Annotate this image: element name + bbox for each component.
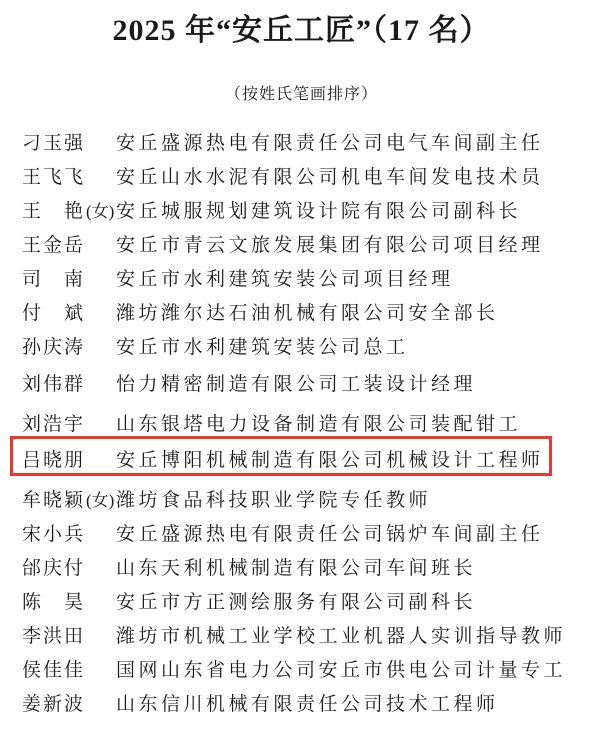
person-position: 安丘市方正测绘服务有限公司副科长 [116, 587, 476, 614]
person-name: 陈 昊 [22, 587, 86, 614]
person-name: 侯佳佳 [22, 655, 86, 682]
person-position: 潍坊市机械工业学校工业机器人实训指导教师 [116, 621, 566, 648]
awardee-list: 刁玉强 安丘盛源热电有限责任公司电气车间副主任 王飞飞 安丘山水水泥有限公司机电… [0, 124, 603, 719]
person-position: 山东银塔电力设备制造有限公司装配钳工 [116, 409, 521, 436]
person-name: 牟晓颖 [22, 485, 86, 512]
person-position: 安丘市青云文旅发展集团有限公司项目经理 [116, 230, 544, 257]
person-name: 邰庆付 [22, 553, 86, 580]
person-position: 安丘市水利建筑安装公司总工 [116, 332, 409, 359]
list-item: 王飞飞 安丘山水水泥有限公司机电车间发电技术员 [0, 158, 603, 192]
person-position: 安丘山水水泥有限公司机电车间发电技术员 [116, 162, 544, 189]
person-position: 安丘盛源热电有限责任公司电气车间副主任 [116, 128, 544, 155]
list-item: 宋小兵 安丘盛源热电有限责任公司锅炉车间副主任 [0, 515, 603, 549]
list-item: 孙庆涛 安丘市水利建筑安装公司总工 [0, 328, 603, 362]
document-title: 2025 年“安丘工匠”（17 名） [0, 0, 603, 50]
list-item: 牟晓颖 (女) 潍坊食品科技职业学院专任教师 [0, 481, 603, 515]
person-position: 安丘盛源热电有限责任公司锅炉车间副主任 [116, 519, 544, 546]
list-item: 刘浩宇 山东银塔电力设备制造有限公司装配钳工 [0, 405, 603, 439]
person-name: 司 南 [22, 264, 86, 291]
person-name: 吕晓朋 [22, 445, 86, 472]
person-name: 付 斌 [22, 298, 86, 325]
document-page: 2025 年“安丘工匠”（17 名） （按姓氏笔画排序） 刁玉强 安丘盛源热电有… [0, 0, 603, 739]
list-item-highlighted: 吕晓朋 安丘博阳机械制造有限公司机械设计工程师 [0, 441, 603, 475]
list-item: 李洪田 潍坊市机械工业学校工业机器人实训指导教师 [0, 617, 603, 651]
list-item: 付 斌 潍坊潍尔达石油机械有限公司安全部长 [0, 294, 603, 328]
person-name: 宋小兵 [22, 519, 86, 546]
person-name: 姜新波 [22, 689, 86, 716]
person-position: 潍坊食品科技职业学院专任教师 [116, 485, 431, 512]
person-name: 刁玉强 [22, 128, 86, 155]
person-name: 孙庆涛 [22, 332, 86, 359]
list-item: 刘伟群 怡力精密制造有限公司工装设计经理 [0, 365, 603, 399]
list-item: 刁玉强 安丘盛源热电有限责任公司电气车间副主任 [0, 124, 603, 158]
person-position: 怡力精密制造有限公司工装设计经理 [116, 369, 476, 396]
person-name: 王金岳 [22, 230, 86, 257]
list-item: 王金岳 安丘市青云文旅发展集团有限公司项目经理 [0, 226, 603, 260]
list-item: 姜新波 山东信川机械有限责任公司技术工程师 [0, 685, 603, 719]
person-name: 刘伟群 [22, 369, 86, 396]
list-item: 侯佳佳 国网山东省电力公司安丘市供电公司计量专工 [0, 651, 603, 685]
person-name: 李洪田 [22, 621, 86, 648]
document-subtitle: （按姓氏笔画排序） [0, 85, 603, 105]
gender-marker: (女) [86, 486, 116, 511]
person-position: 国网山东省电力公司安丘市供电公司计量专工 [116, 655, 566, 682]
person-position: 潍坊潍尔达石油机械有限公司安全部长 [116, 298, 499, 325]
list-item: 邰庆付 山东天利机械制造有限公司车间班长 [0, 549, 603, 583]
person-position: 山东信川机械有限责任公司技术工程师 [116, 689, 499, 716]
person-name: 王飞飞 [22, 162, 86, 189]
list-item: 司 南 安丘市水利建筑安装公司项目经理 [0, 260, 603, 294]
list-item: 陈 昊 安丘市方正测绘服务有限公司副科长 [0, 583, 603, 617]
person-position: 安丘博阳机械制造有限公司机械设计工程师 [116, 445, 544, 472]
gender-marker: (女) [86, 197, 116, 222]
person-position: 安丘市水利建筑安装公司项目经理 [116, 264, 454, 291]
list-item: 王 艳 (女) 安丘城服规划建筑设计院有限公司副科长 [0, 192, 603, 226]
person-name: 王 艳 [22, 196, 86, 223]
person-position: 安丘城服规划建筑设计院有限公司副科长 [116, 196, 521, 223]
person-position: 山东天利机械制造有限公司车间班长 [116, 553, 476, 580]
person-name: 刘浩宇 [22, 409, 86, 436]
